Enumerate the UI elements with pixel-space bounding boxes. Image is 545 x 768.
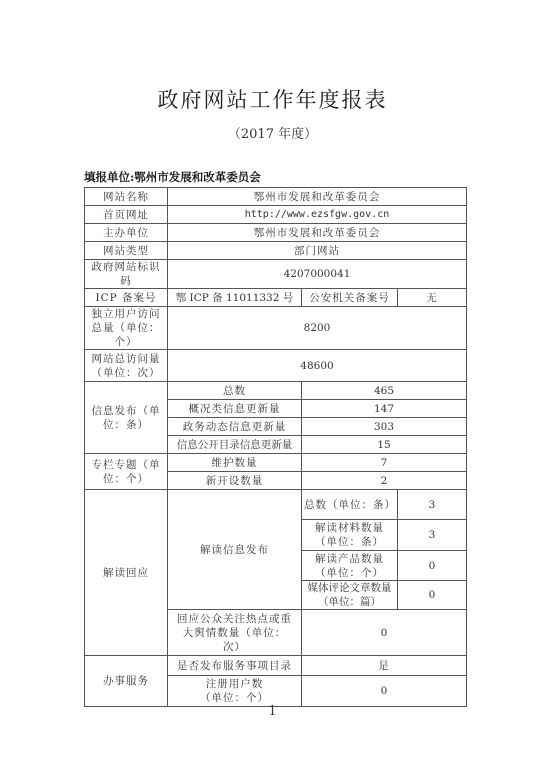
row-label: 媒体评论文章数量（单位：篇） (302, 581, 398, 610)
row-value: 3 (398, 490, 467, 520)
group-label: 解读回应 (85, 490, 168, 656)
row-label: 政务动态信息更新量 (168, 418, 302, 436)
row-label: 政府网站标识码 (85, 260, 168, 289)
row-value: 7 (302, 454, 467, 472)
row-value: 15 (302, 436, 467, 454)
row-value: 147 (302, 400, 467, 418)
table-row: 信息发布（单位：条） 总数 465 (85, 382, 467, 400)
police-value: 无 (398, 289, 467, 307)
row-label: 独立用户访问总量（单位：个） (85, 307, 168, 350)
group-label: 办事服务 (85, 656, 168, 707)
table-row: 解读回应 解读信息发布 总数（单位：条） 3 (85, 490, 467, 520)
row-label: 解读产品数量（单位：个） (302, 551, 398, 581)
row-value: 4207000041 (168, 260, 467, 289)
row-label: 回应公众关注热点或重大舆情数量（单位：次） (168, 610, 302, 656)
homepage-url: http://www.ezsfgw.gov.cn (168, 206, 467, 224)
filler-unit: 填报单位:鄂州市发展和改革委员会 (84, 169, 261, 185)
report-table: 网站名称 鄂州市发展和改革委员会 首页网址 http://www.ezsfgw.… (84, 187, 467, 707)
row-value: 48600 (168, 350, 467, 382)
group-label: 信息发布（单位：条） (85, 382, 168, 454)
row-label: 维护数量 (168, 454, 302, 472)
row-label: 是否发布服务事项目录 (168, 656, 302, 676)
page-title: 政府网站工作年度报表 (0, 84, 545, 114)
table-row: 主办单位 鄂州市发展和改革委员会 (85, 224, 467, 242)
table-row: 政府网站标识码 4207000041 (85, 260, 467, 289)
row-value: 303 (302, 418, 467, 436)
row-value: 鄂州市发展和改革委员会 (168, 224, 467, 242)
row-value: 是 (302, 656, 467, 676)
row-value: 3 (398, 520, 467, 551)
row-value: 部门网站 (168, 242, 467, 260)
row-value: 0 (302, 610, 467, 656)
row-value: 鄂州市发展和改革委员会 (168, 188, 467, 206)
row-label: 网站名称 (85, 188, 168, 206)
row-value: 0 (398, 551, 467, 581)
group-label: 专栏专题（单位：个） (85, 454, 168, 490)
row-label: 注册用户数（单位：个） (168, 676, 302, 707)
row-label: 主办单位 (85, 224, 168, 242)
row-label: 首页网址 (85, 206, 168, 224)
icp-number: 鄂 ICP 备 11011332 号 (168, 289, 302, 307)
subgroup-label: 解读信息发布 (168, 490, 302, 610)
table-row: 办事服务 是否发布服务事项目录 是 (85, 656, 467, 676)
table-row: 首页网址 http://www.ezsfgw.gov.cn (85, 206, 467, 224)
report-year: （2017 年度） (0, 123, 545, 142)
table-row: 网站总访问量（单位：次） 48600 (85, 350, 467, 382)
row-value: 0 (302, 676, 467, 707)
table-row: 网站类型 部门网站 (85, 242, 467, 260)
table-row: 专栏专题（单位：个） 维护数量 7 (85, 454, 467, 472)
row-label: 总数 (168, 382, 302, 400)
row-label: 网站类型 (85, 242, 168, 260)
table-row: ICP 备案号 鄂 ICP 备 11011332 号 公安机关备案号 无 (85, 289, 467, 307)
row-label: ICP 备案号 (85, 289, 168, 307)
row-label: 概况类信息更新量 (168, 400, 302, 418)
row-label: 解读材料数量（单位：条） (302, 520, 398, 551)
row-label: 新开设数量 (168, 472, 302, 490)
table-row: 网站名称 鄂州市发展和改革委员会 (85, 188, 467, 206)
row-label: 网站总访问量（单位：次） (85, 350, 168, 382)
police-label: 公安机关备案号 (302, 289, 398, 307)
row-value: 8200 (168, 307, 467, 350)
row-value: 465 (302, 382, 467, 400)
row-value: 0 (398, 581, 467, 610)
table-row: 独立用户访问总量（单位：个） 8200 (85, 307, 467, 350)
row-label: 总数（单位：条） (302, 490, 398, 520)
page-number: 1 (0, 704, 545, 719)
row-value: 2 (302, 472, 467, 490)
row-label: 信息公开目录信息更新量 (168, 436, 302, 454)
